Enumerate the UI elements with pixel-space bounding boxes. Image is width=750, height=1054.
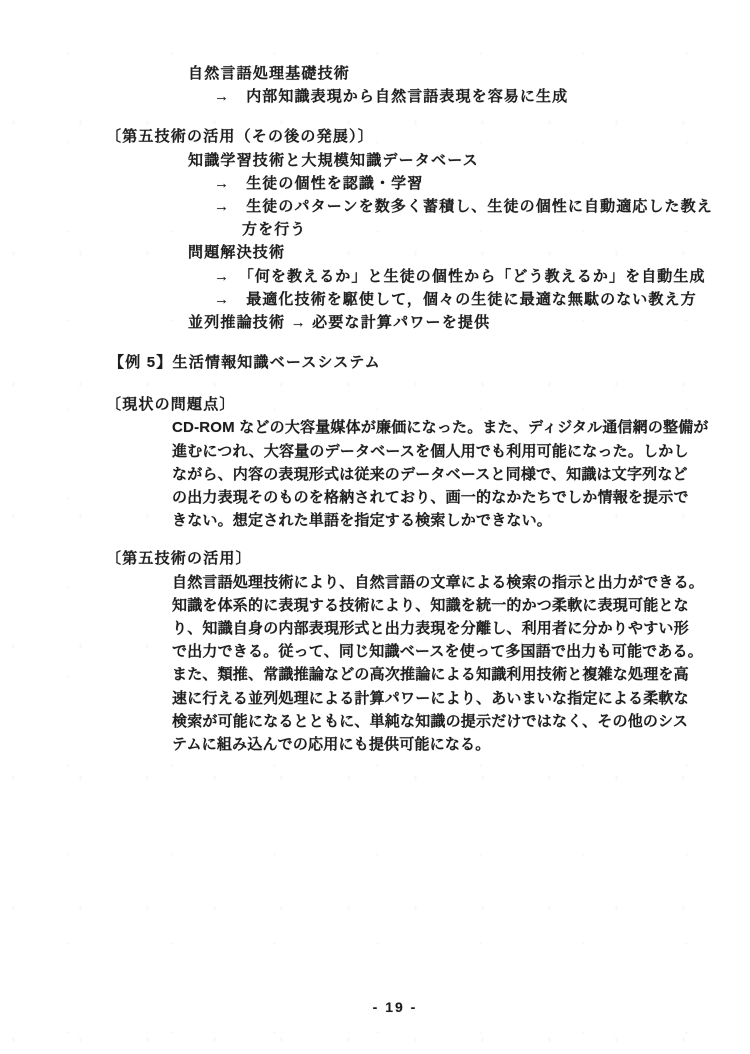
paragraph-line: また、類推、常識推論などの高次推論による知識利用技術と複雑な処理を高	[172, 663, 750, 686]
outline-item: 自然言語処理基礎技術	[188, 62, 750, 85]
document-section: 自然言語処理基礎技術→ 内部知識表現から自然言語表現を容易に生成	[0, 62, 750, 108]
document-section: 〔第五技術の活用（その後の発展）〕知識学習技術と大規模知識データベース→ 生徒の…	[0, 125, 750, 334]
outline-arrow-line: → 「何を教えるか」と生徒の個性から「どう教えるか」を自動生成	[214, 265, 750, 288]
paragraph-line: 知識を体系的に表現する技術により、知識を統一的かつ柔軟に表現可能とな	[172, 594, 750, 617]
paragraph-line: 速に行える並列処理による計算パワーにより、あいまいな指定による柔軟な	[172, 687, 750, 710]
document-content: 自然言語処理基礎技術→ 内部知識表現から自然言語表現を容易に生成〔第五技術の活用…	[0, 62, 750, 756]
example-title: 【例 5】生活情報知識ベースシステム	[109, 351, 750, 374]
paragraph-line: で出力できる。従って、同じ知識ベースを使って多国語で出力も可能である。	[172, 640, 750, 663]
document-section: 〔第五技術の活用〕自然言語処理技術により、自然言語の文章による検索の指示と出力が…	[0, 547, 750, 756]
section-heading: 〔第五技術の活用（その後の発展）〕	[106, 125, 750, 148]
paragraph-line: CD-ROM などの大容量媒体が廉価になった。また、ディジタル通信網の整備が	[172, 416, 750, 439]
paragraph-line: の出力表現そのものを格納されており、画一的なかたちでしか情報を提示で	[172, 486, 750, 509]
outline-continuation-line: 方を行う	[242, 218, 750, 241]
paragraph-line: テムに組み込んでの応用にも提供可能になる。	[172, 733, 750, 756]
paragraph-line: ながら、内容の表現形式は従来のデータベースと同様で、知識は文字列など	[172, 463, 750, 486]
paragraph-line: り、知識自身の内部表現形式と出力表現を分離し、利用者に分かりやすい形	[172, 617, 750, 640]
outline-item: 並列推論技術 → 必要な計算パワーを提供	[188, 311, 750, 334]
outline-arrow-line: → 生徒のパターンを数多く蓄積し、生徒の個性に自動適応した教え	[214, 195, 750, 218]
document-page: 自然言語処理基礎技術→ 内部知識表現から自然言語表現を容易に生成〔第五技術の活用…	[0, 0, 750, 1054]
document-section: 〔現状の問題点〕CD-ROM などの大容量媒体が廉価になった。また、ディジタル通…	[0, 393, 750, 532]
paragraph-line: きない。想定された単語を指定する検索しかできない。	[172, 509, 750, 532]
outline-item: 知識学習技術と大規模知識データベース	[188, 149, 750, 172]
section-heading: 〔第五技術の活用〕	[106, 547, 750, 570]
paragraph-line: 進むにつれ、大容量のデータベースを個人用でも利用可能になった。しかし	[172, 440, 750, 463]
paragraph-line: 検索が可能になるとともに、単純な知識の提示だけではなく、その他のシス	[172, 710, 750, 733]
outline-item: 問題解決技術	[188, 241, 750, 264]
outline-arrow-line: → 最適化技術を駆使して，個々の生徒に最適な無駄のない教え方	[214, 288, 750, 311]
outline-arrow-line: → 内部知識表現から自然言語表現を容易に生成	[214, 85, 750, 108]
section-heading: 〔現状の問題点〕	[106, 393, 750, 416]
page-number: - 19 -	[0, 999, 750, 1015]
paragraph-line: 自然言語処理技術により、自然言語の文章による検索の指示と出力ができる。	[172, 571, 750, 594]
outline-arrow-line: → 生徒の個性を認識・学習	[214, 172, 750, 195]
document-section: 【例 5】生活情報知識ベースシステム	[0, 351, 750, 374]
